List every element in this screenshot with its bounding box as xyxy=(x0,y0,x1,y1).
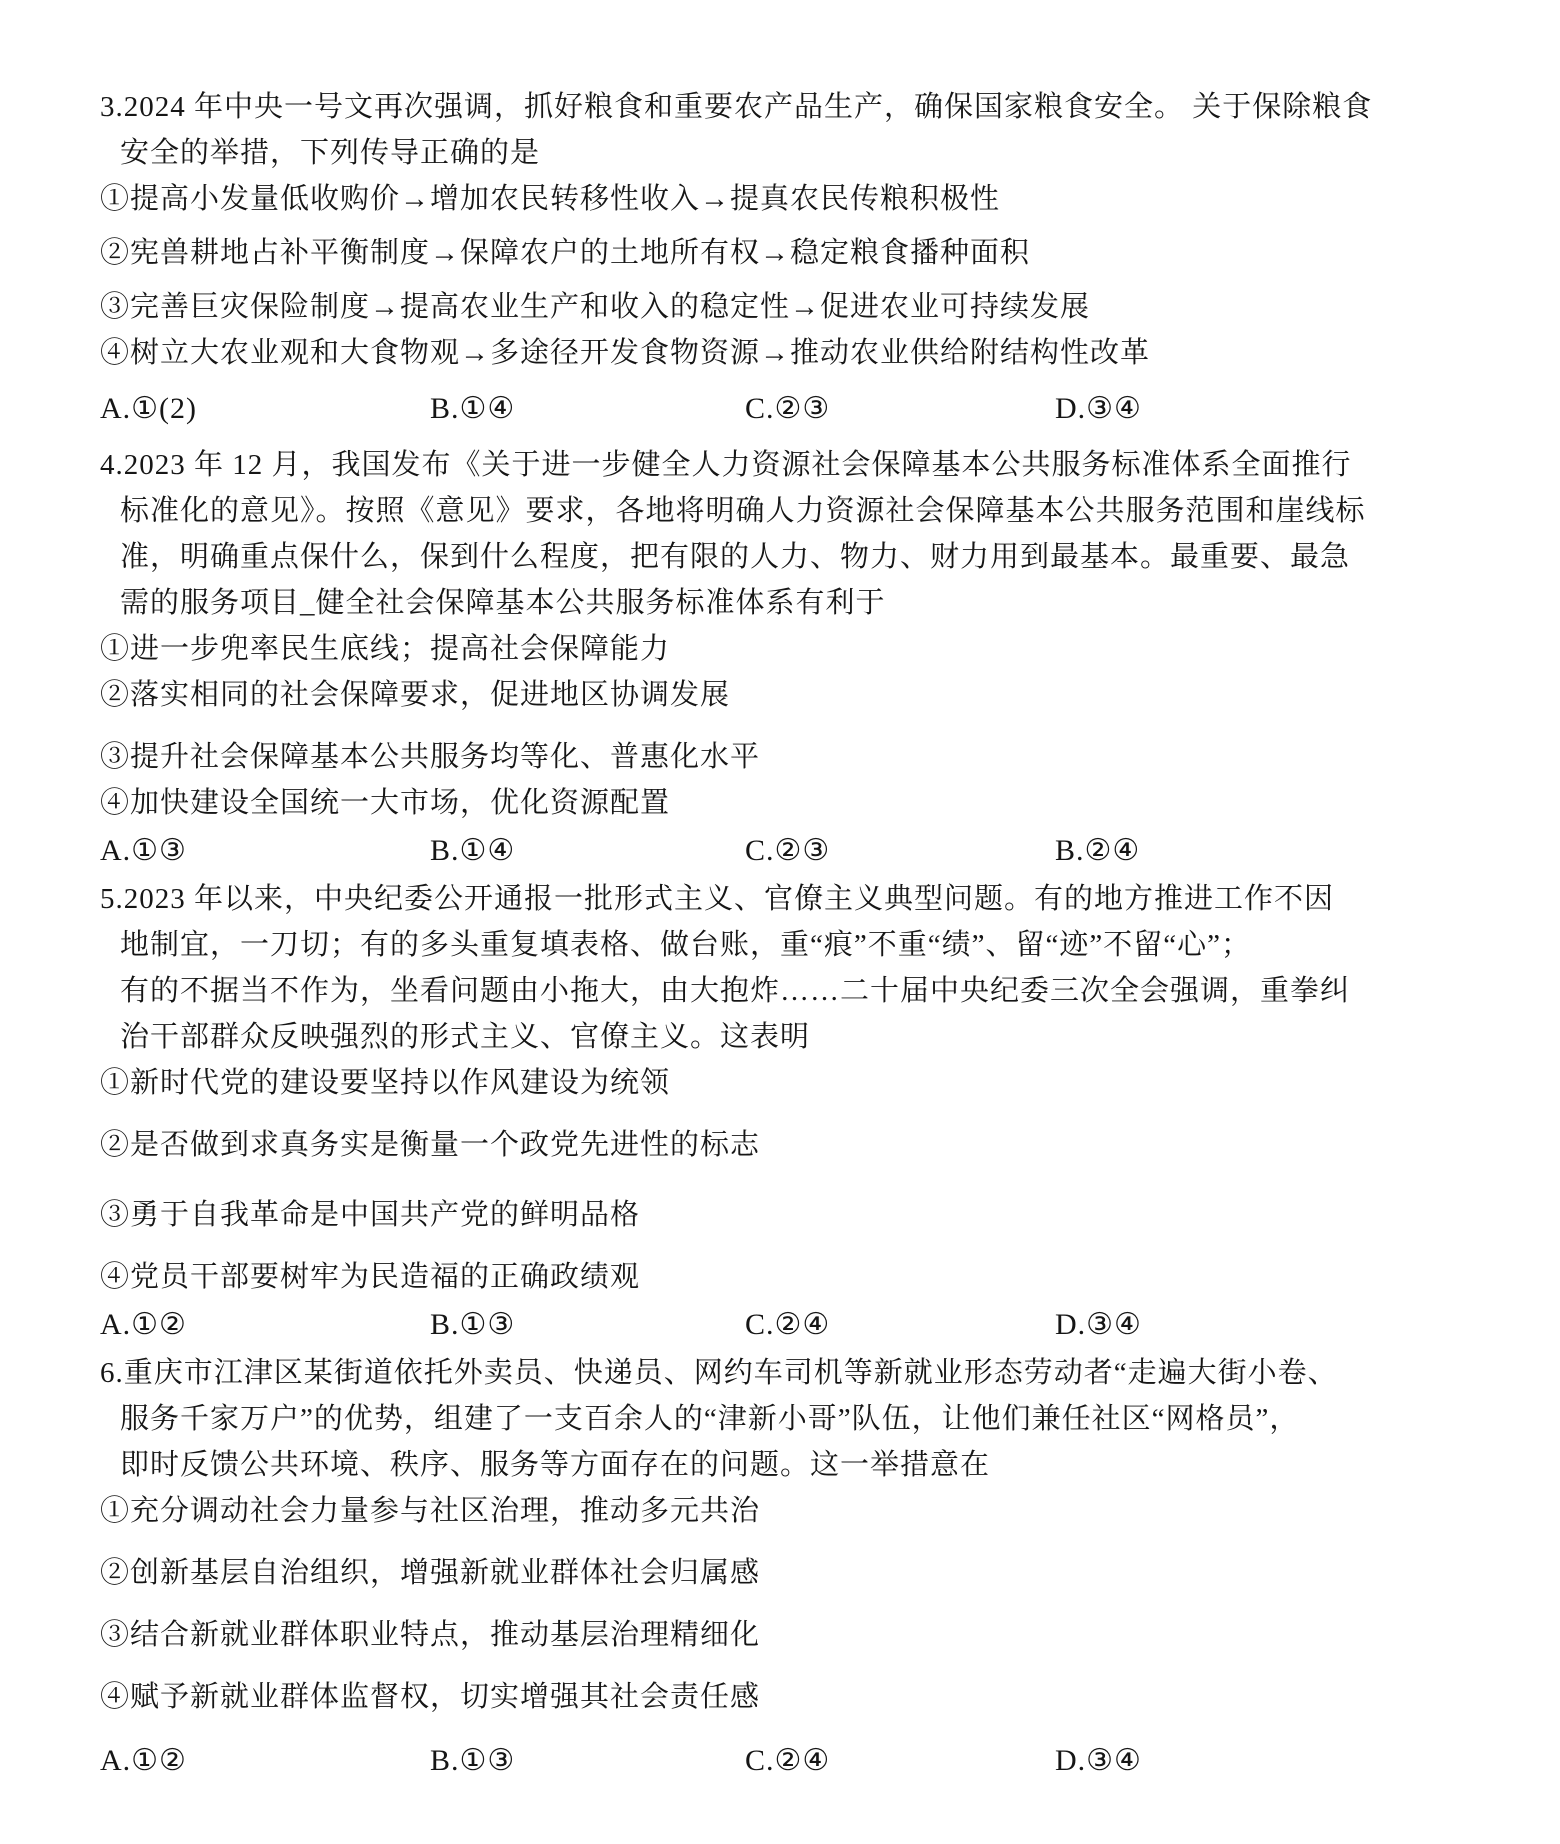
question-5-stem-line: 5.2023 年以来，中央纪委公开通报一批形式主义、官僚主义典型问题。有的地方推… xyxy=(100,876,1440,922)
question-6-option-3: ③结合新就业群体职业特点，推动基层治理精细化 xyxy=(100,1612,1440,1658)
question-4-stem-line: 标准化的意见》。按照《意见》要求，各地将明确人力资源社会保障基本公共服务范围和崖… xyxy=(120,488,1440,534)
question-4-stem-line: 准，明确重点保什么，保到什么程度，把有限的人力、物力、财力用到最基本。最重要、最… xyxy=(120,534,1440,580)
question-4-answer-row: A.①③ B.①④ C.②③ B.②④ xyxy=(100,826,1440,876)
question-5-stem-line: 地制宜，一刀切；有的多头重复填表格、做台账，重“痕”不重“绩”、留“迹”不留“心… xyxy=(120,922,1440,968)
question-4-option-4: ④加快建设全国统一大市场，优化资源配置 xyxy=(100,780,1440,826)
question-6-answer-d: D.③④ xyxy=(1055,1736,1440,1786)
question-4-answer-b: B.①④ xyxy=(430,826,745,876)
question-4-option-1: ①进一步兜率民生底线；提高社会保障能力 xyxy=(100,626,1440,672)
question-4-answer-c: C.②③ xyxy=(745,826,1055,876)
question-3-stem-line: 安全的举措，下列传导正确的是 xyxy=(120,130,1440,176)
question-5-stem-line: 治干部群众反映强烈的形式主义、官僚主义。这表明 xyxy=(120,1014,1440,1060)
question-5-answer-c: C.②④ xyxy=(745,1300,1055,1350)
question-6-option-1: ①充分调动社会力量参与社区治理，推动多元共治 xyxy=(100,1488,1440,1534)
question-6-option-4: ④赋予新就业群体监督权，切实增强其社会责任感 xyxy=(100,1674,1440,1720)
question-5-option-1: ①新时代党的建设要坚持以作风建设为统领 xyxy=(100,1060,1440,1106)
question-3-option-2: ②宪兽耕地占补平衡制度→保障农户的土地所有权→稳定粮食播种面积 xyxy=(100,230,1440,276)
question-6-answer-c: C.②④ xyxy=(745,1736,1055,1786)
question-5-option-4: ④党员干部要树牢为民造福的正确政绩观 xyxy=(100,1254,1440,1300)
exam-page: 3.2024 年中央一号文再次强调，抓好粮食和重要农产品生产，确保国家粮食安全。… xyxy=(0,0,1560,1844)
question-5-answer-d: D.③④ xyxy=(1055,1300,1440,1350)
question-3-answer-a: A.①(2) xyxy=(100,384,430,434)
question-5-answer-b: B.①③ xyxy=(430,1300,745,1350)
question-4-option-2: ②落实相同的社会保障要求，促进地区协调发展 xyxy=(100,672,1440,718)
question-5-option-2: ②是否做到求真务实是衡量一个政党先进性的标志 xyxy=(100,1122,1440,1168)
question-3-answer-d: D.③④ xyxy=(1055,384,1440,434)
question-3-answer-b: B.①④ xyxy=(430,384,745,434)
question-3-option-3: ③完善巨灾保险制度→提高农业生产和收入的稳定性→促进农业可持续发展 xyxy=(100,284,1440,330)
question-4-answer-d: B.②④ xyxy=(1055,826,1440,876)
question-3-answer-c: C.②③ xyxy=(745,384,1055,434)
question-3-answer-row: A.①(2) B.①④ C.②③ D.③④ xyxy=(100,384,1440,434)
question-4-answer-a: A.①③ xyxy=(100,826,430,876)
question-5-answer-a: A.①② xyxy=(100,1300,430,1350)
question-6-stem-line: 即时反馈公共环境、秩序、服务等方面存在的问题。这一举措意在 xyxy=(120,1442,1440,1488)
question-5-option-3: ③勇于自我革命是中国共产党的鲜明品格 xyxy=(100,1192,1440,1238)
question-4-option-3: ③提升社会保障基本公共服务均等化、普惠化水平 xyxy=(100,734,1440,780)
question-5: 5.2023 年以来，中央纪委公开通报一批形式主义、官僚主义典型问题。有的地方推… xyxy=(100,876,1440,1350)
question-4: 4.2023 年 12 月，我国发布《关于进一步健全人力资源社会保障基本公共服务… xyxy=(100,442,1440,876)
question-6-answer-b: B.①③ xyxy=(430,1736,745,1786)
question-3-option-1: ①提高小发量低收购价→增加农民转移性收入→提真农民传粮积极性 xyxy=(100,176,1440,222)
question-6-answer-row: A.①② B.①③ C.②④ D.③④ xyxy=(100,1736,1440,1786)
question-6-stem-line: 服务千家万户”的优势，组建了一支百余人的“津新小哥”队伍，让他们兼任社区“网格员… xyxy=(120,1396,1440,1442)
question-4-stem-line: 需的服务项目_健全社会保障基本公共服务标准体系有利于 xyxy=(120,580,1440,626)
question-3: 3.2024 年中央一号文再次强调，抓好粮食和重要农产品生产，确保国家粮食安全。… xyxy=(100,84,1440,434)
question-4-stem-line: 4.2023 年 12 月，我国发布《关于进一步健全人力资源社会保障基本公共服务… xyxy=(100,442,1440,488)
question-6-stem-line: 6.重庆市江津区某街道依托外卖员、快递员、网约车司机等新就业形态劳动者“走遍大街… xyxy=(100,1350,1440,1396)
question-6: 6.重庆市江津区某街道依托外卖员、快递员、网约车司机等新就业形态劳动者“走遍大街… xyxy=(100,1350,1440,1786)
question-5-answer-row: A.①② B.①③ C.②④ D.③④ xyxy=(100,1300,1440,1350)
question-6-option-2: ②创新基层自治组织，增强新就业群体社会归属感 xyxy=(100,1550,1440,1596)
question-5-stem-line: 有的不据当不作为，坐看问题由小拖大，由大抱炸……二十届中央纪委三次全会强调，重拳… xyxy=(120,968,1440,1014)
question-3-stem-line: 3.2024 年中央一号文再次强调，抓好粮食和重要农产品生产，确保国家粮食安全。… xyxy=(100,84,1440,130)
question-6-answer-a: A.①② xyxy=(100,1736,430,1786)
question-3-option-4: ④树立大农业观和大食物观→多途径开发食物资源→推动农业供给附结构性改革 xyxy=(100,330,1440,376)
